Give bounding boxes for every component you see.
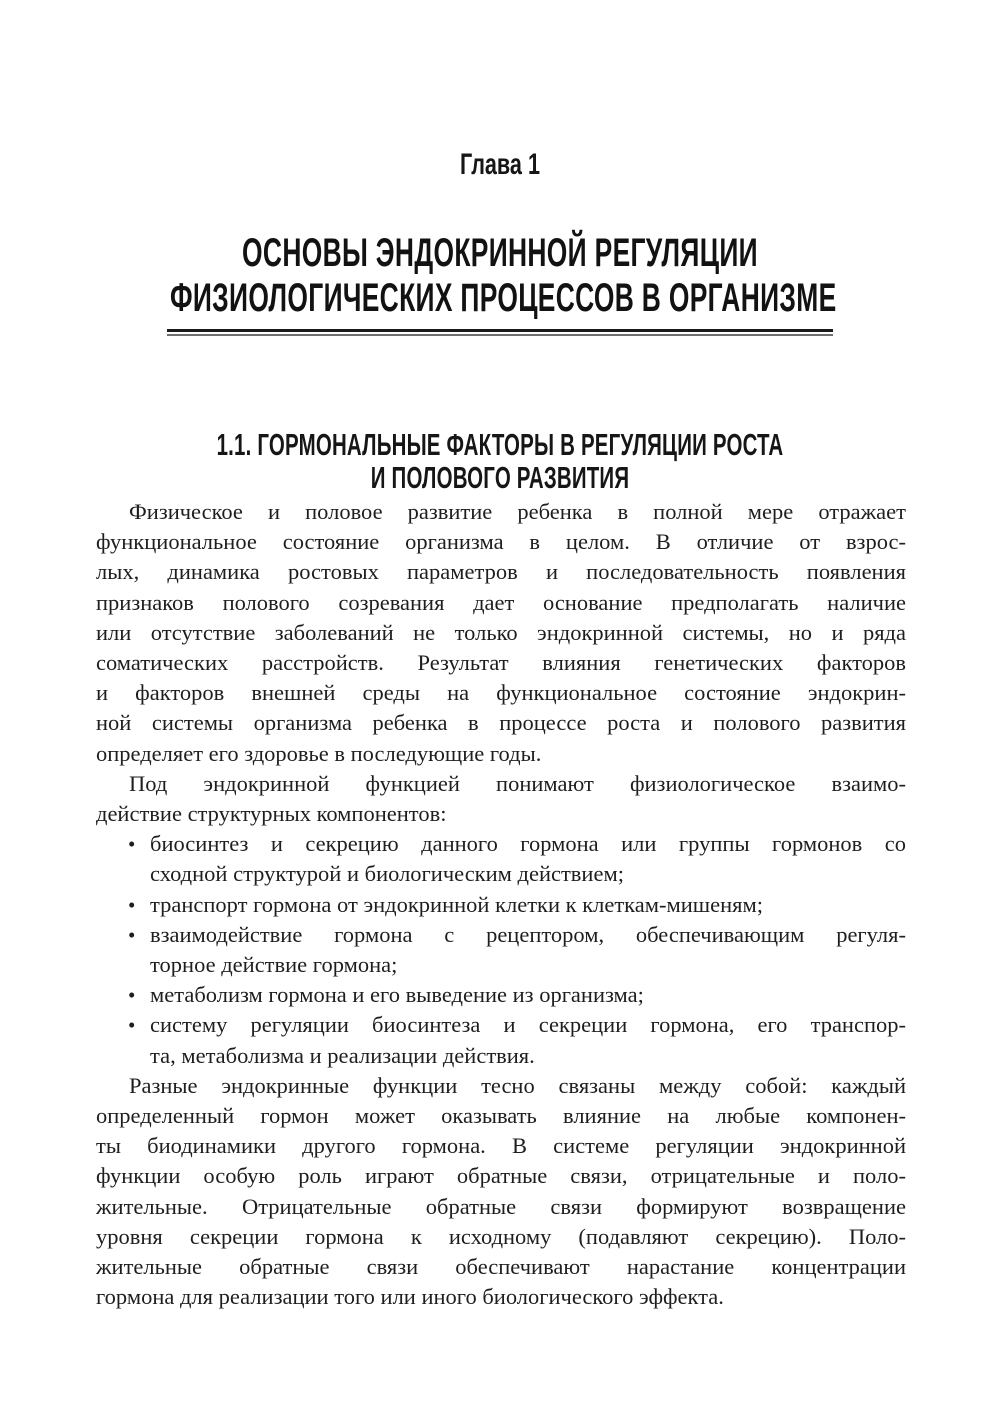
chapter-title-line: ОСНОВЫ ЭНДОКРИННОЙ РЕГУЛЯЦИИ [170,231,830,276]
bullet-marker-icon: • [128,920,150,980]
section-heading-line: 1.1. ГОРМОНАЛЬНЫЕ ФАКТОРЫ В РЕГУЛЯЦИИ РО… [170,428,830,461]
paragraph: Под эндокринной функцией понимают физиол… [96,769,906,829]
bullet-content: транспорт гормона от эндокринной клетки … [150,890,906,920]
text-line: признаков полового созревания дает основ… [96,588,906,618]
bullet-item: •систему регуляции биосинтеза и секреции… [96,1010,906,1070]
text-line: лых, динамика ростовых параметров и посл… [96,557,906,587]
bullet-item: •биосинтез и секрецию данного гормона ил… [96,829,906,889]
paragraph: Разные эндокринные функции тесно связаны… [96,1071,906,1313]
rule-bottom-line [167,334,833,336]
text-line: Под эндокринной функцией понимают физиол… [96,769,906,799]
text-line: Разные эндокринные функции тесно связаны… [96,1071,906,1101]
bullet-item: •взаимодействие гормона с рецептором, об… [96,920,906,980]
chapter-title-line: ФИЗИОЛОГИЧЕСКИХ ПРОЦЕССОВ В ОРГАНИЗМЕ [170,276,830,321]
text-line: гормона для реализации того или иного би… [96,1282,906,1312]
text-line: и факторов внешней среды на функциональн… [96,678,906,708]
text-line: определенный гормон может оказывать влия… [96,1101,906,1131]
bullet-content: метаболизм гормона и его выведение из ор… [150,980,906,1010]
text-line: ты биодинамики другого гормона. В систем… [96,1131,906,1161]
bullet-marker-icon: • [128,980,150,1010]
bullet-content: взаимодействие гормона с рецептором, обе… [150,920,906,980]
text-line: действие структурных компонентов: [96,799,906,829]
section-heading-line: И ПОЛОВОГО РАЗВИТИЯ [170,461,830,494]
book-page: Глава 1 ОСНОВЫ ЭНДОКРИННОЙ РЕГУЛЯЦИИ ФИЗ… [0,0,1000,1413]
text-line: или отсутствие заболеваний не только энд… [96,618,906,648]
bullet-marker-icon: • [128,1010,150,1070]
bullet-item: •метаболизм гормона и его выведение из о… [96,980,906,1010]
text-line: определяет его здоровье в последующие го… [96,739,906,769]
bullet-item: •транспорт гормона от эндокринной клетки… [96,890,906,920]
section-heading: 1.1. ГОРМОНАЛЬНЫЕ ФАКТОРЫ В РЕГУЛЯЦИИ РО… [170,428,830,494]
title-divider-rule [167,329,833,336]
text-line: ной системы организма ребенка в процессе… [96,708,906,738]
body-text: Физическое и половое развитие ребенка в … [96,497,906,1312]
text-line: уровня секреции гормона к исходному (под… [96,1222,906,1252]
paragraph: Физическое и половое развитие ребенка в … [96,497,906,769]
text-line: транспорт гормона от эндокринной клетки … [150,890,906,920]
text-line: Физическое и половое развитие ребенка в … [96,497,906,527]
bullet-marker-icon: • [128,829,150,889]
text-line: биосинтез и секрецию данного гормона или… [150,829,906,859]
text-line: взаимодействие гормона с рецептором, обе… [150,920,906,950]
text-line: функциональное состояние организма в цел… [96,527,906,557]
text-line: сходной структурой и биологическим дейст… [150,859,906,889]
text-line: та, метаболизма и реализации действия. [150,1041,906,1071]
text-line: торное действие гормона; [150,950,906,980]
chapter-title: ОСНОВЫ ЭНДОКРИННОЙ РЕГУЛЯЦИИ ФИЗИОЛОГИЧЕ… [170,231,830,321]
bullet-list: •биосинтез и секрецию данного гормона ил… [96,829,906,1071]
bullet-content: систему регуляции биосинтеза и секреции … [150,1010,906,1070]
text-line: функции особую роль играют обратные связ… [96,1161,906,1191]
text-line: метаболизм гормона и его выведение из ор… [150,980,906,1010]
text-line: соматических расстройств. Результат влия… [96,648,906,678]
bullet-content: биосинтез и секрецию данного гормона или… [150,829,906,889]
text-line: жительные обратные связи обеспечивают на… [96,1252,906,1282]
bullet-marker-icon: • [128,890,150,920]
chapter-label: Глава 1 [140,148,860,182]
text-line: жительные. Отрицательные обратные связи … [96,1192,906,1222]
text-line: систему регуляции биосинтеза и секреции … [150,1010,906,1040]
